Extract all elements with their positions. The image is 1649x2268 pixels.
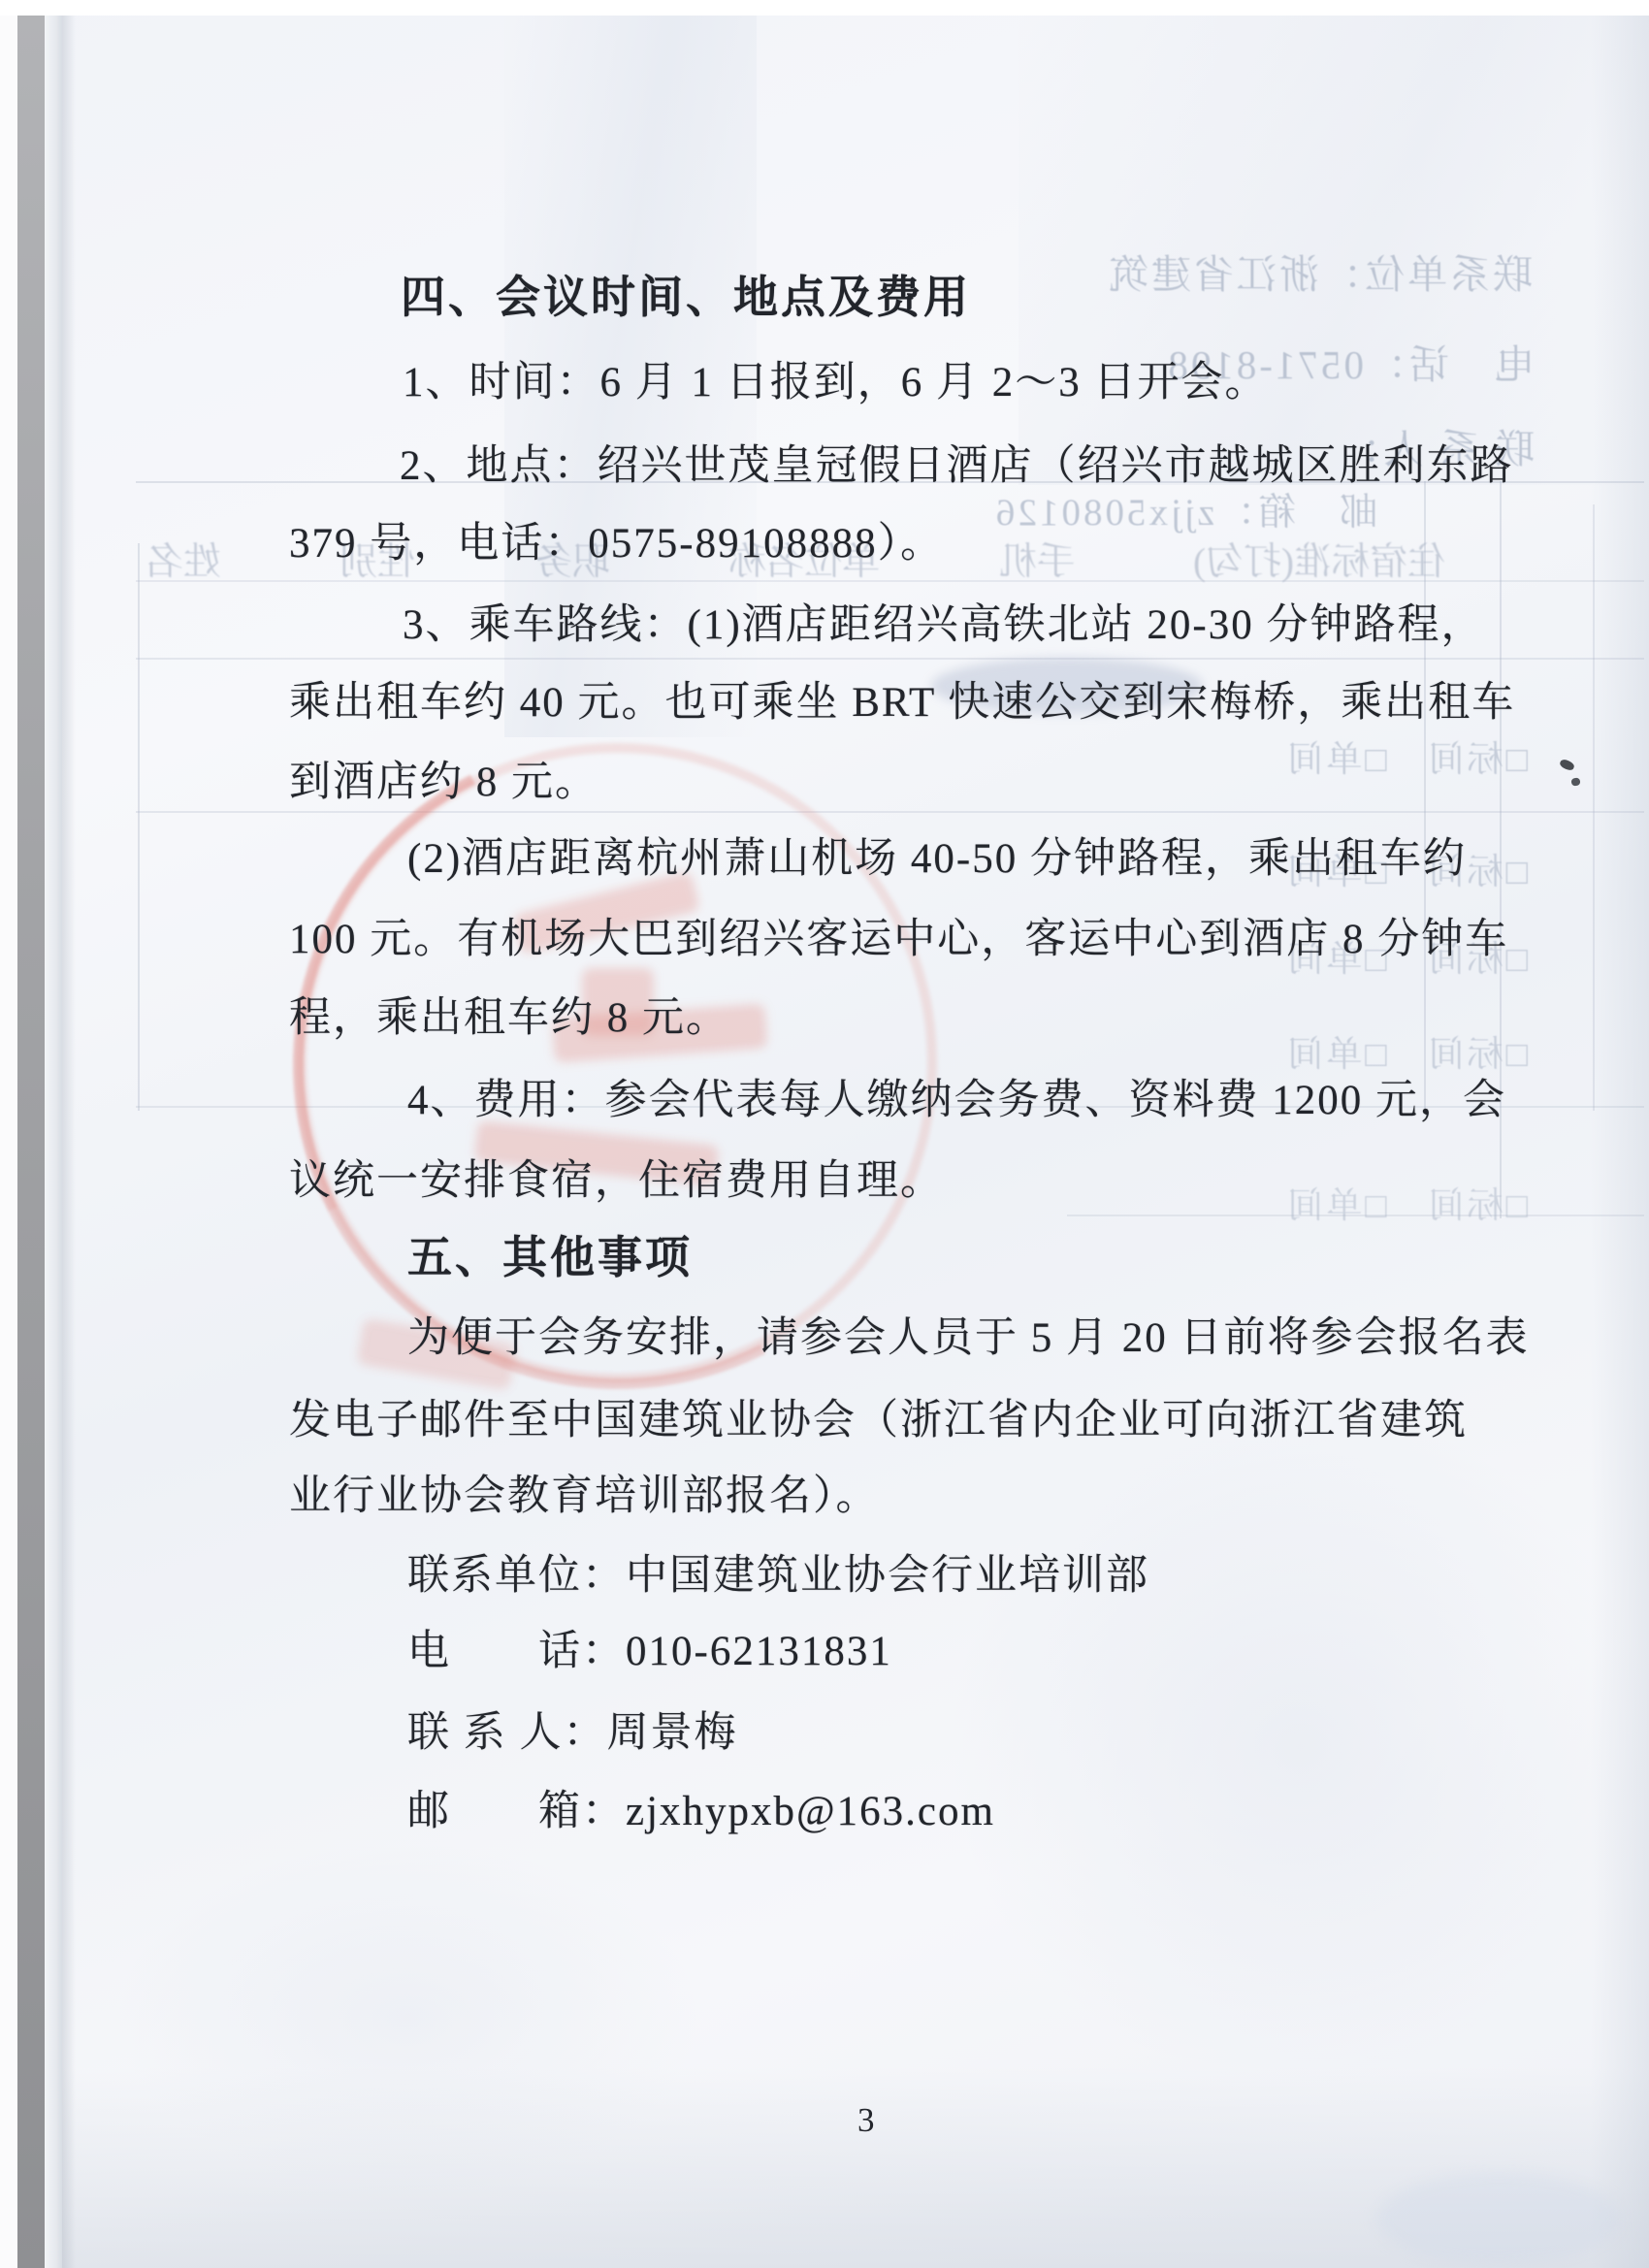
bleedthrough-grid-line [138, 543, 140, 1111]
section5-heading: 五、其他事项 [407, 1222, 693, 1286]
scan-left-sliver [0, 0, 17, 2268]
bleedthrough-grid-line [1424, 481, 1426, 1112]
doc-line: 2、地点：绍兴世茂皇冠假日酒店（绍兴市越城区胜利东路 [400, 433, 1514, 492]
doc-line: 4、费用：参会代表每人缴纳会务费、资料费 1200 元，会 [407, 1067, 1506, 1126]
bleedthrough-grid-line [136, 580, 1644, 582]
doc-line: 程，乘出租车约 8 元。 [289, 985, 729, 1044]
paper-shading [1591, 0, 1649, 2268]
bleedthrough-table-header: 手机 [999, 532, 1075, 586]
doc-line: 乘出租车约 40 元。也可乘坐 BRT 快速公交到宋梅桥，乘出租车 [289, 669, 1515, 729]
contact-line: 联系单位：中国建筑业协会行业培训部 [407, 1542, 1149, 1602]
doc-line: 3、乘车路线：(1)酒店距绍兴高铁北站 20-30 分钟路程， [403, 592, 1484, 651]
doc-line: 议统一安排食宿，住宿费用自理。 [289, 1148, 944, 1207]
bleedthrough-table-header: 住宿标准(打勾) [1193, 532, 1445, 586]
scanned-document-page: 联系单位：浙江省建筑 电 话：0571-8198 联 系 人： 邮 箱：zjjx… [0, 0, 1649, 2268]
doc-line: (2)酒店距离杭州萧山机场 40-50 分钟路程，乘出租车约 [407, 826, 1467, 885]
doc-line: 为便于会务安排，请参会人员于 5 月 20 日前将参会报名表 [407, 1305, 1530, 1364]
paper-shading [0, 2066, 1649, 2268]
contact-line: 联 系 人：周景梅 [407, 1700, 738, 1759]
bleedthrough-grid-line [136, 658, 1644, 660]
contact-line: 电 话：010-62131831 [407, 1618, 892, 1677]
contact-line: 邮 箱：zjxhypxb@163.com [407, 1778, 995, 1837]
bleedthrough-contact-unit: 联系单位：浙江省建筑 [1125, 243, 1533, 300]
paper-shading [951, 1407, 1649, 2086]
scan-top-strip [0, 0, 1649, 16]
doc-line: 发电子邮件至中国建筑业协会（浙江省内企业可向浙江省建筑 [289, 1387, 1468, 1446]
paper-crease-shadow [62, 14, 76, 2268]
doc-line: 1、时间：6 月 1 日报到，6 月 2～3 日开会。 [403, 349, 1269, 408]
doc-line: 到酒店约 8 元。 [289, 749, 598, 808]
paper-crease [45, 14, 62, 2268]
scan-left-edge [17, 14, 45, 2268]
section4-heading: 四、会议时间、地点及费用 [401, 262, 971, 326]
bleedthrough-table-header: 姓名 [145, 532, 221, 586]
bleedthrough-checkbox-row: □标间 □单间 [1208, 729, 1528, 782]
bleedthrough-grid-line [1593, 504, 1595, 1111]
bleedthrough-grid-line [1067, 1215, 1644, 1216]
paper-shading [116, 1843, 698, 2192]
bleedthrough-checkbox-row: □标间 □单间 [1208, 1176, 1528, 1228]
page-number: 3 [857, 2101, 875, 2140]
bleedthrough-corner-mark [1377, 2173, 1620, 2265]
doc-line: 业行业协会教育培训部报名）。 [289, 1463, 880, 1522]
ink-speck [1570, 777, 1580, 786]
doc-line: 100 元。有机场大巴到绍兴客运中心，客运中心到酒店 8 分钟车 [289, 906, 1508, 965]
ink-speck [1559, 758, 1575, 771]
doc-line: 379 号，电话：0575-89108888）。 [289, 510, 944, 569]
